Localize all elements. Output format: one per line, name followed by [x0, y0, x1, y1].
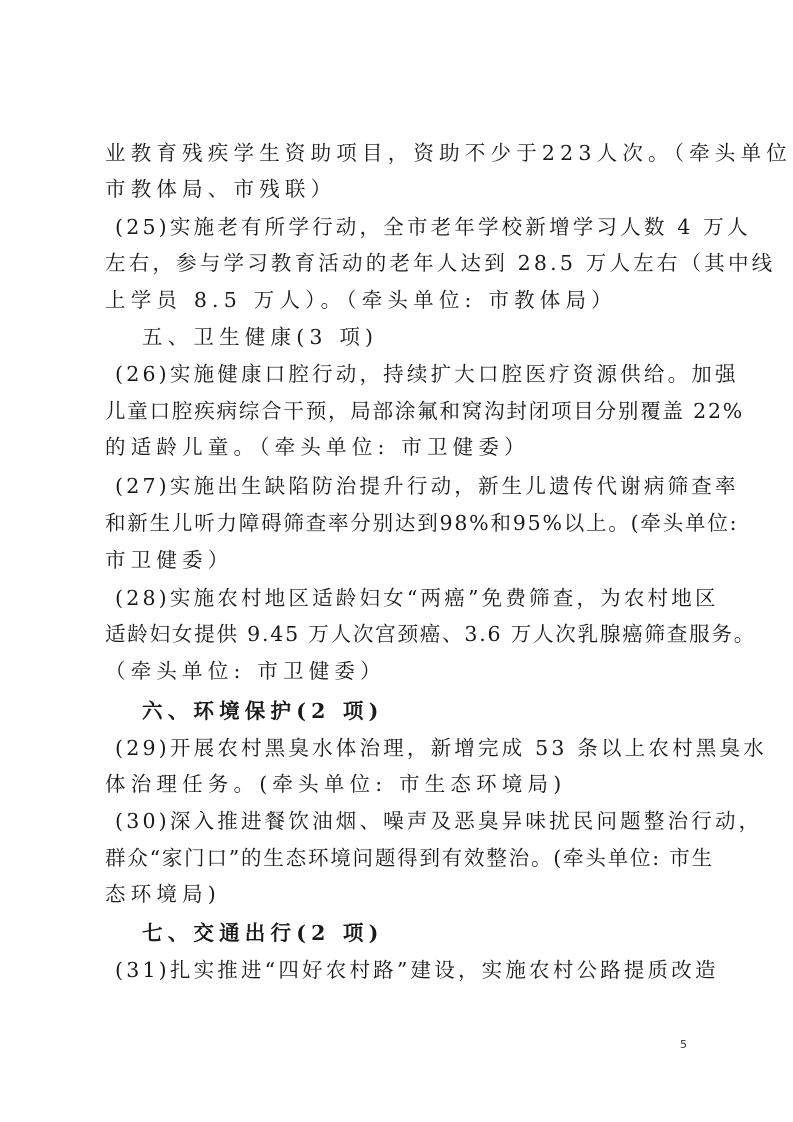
item-29-line: (29)开展农村黑臭水体治理，新增完成 53 条以上农村黑臭水	[115, 730, 715, 767]
item-28-line: (28)实施农村地区适龄妇女“两癌”免费筛查，为农村地区	[115, 580, 715, 617]
item-31-line: (31)扎实推进“四好农村路”建设，实施农村公路提质改造	[115, 952, 715, 989]
item-30-line: (30)深入推进餐饮油烟、噪声及恶臭异味扰民问题整治行动，	[115, 803, 715, 840]
text-line: 左右，参与学习教育活动的老年人达到 28.5 万人左右（其中线	[105, 245, 705, 282]
item-26-line: (26)实施健康口腔行动，持续扩大口腔医疗资源供给。加强	[115, 356, 715, 393]
text-line: 业教育残疾学生资助项目，资助不少于223人次。（牵头单位:	[105, 135, 705, 172]
document-page: 业教育残疾学生资助项目，资助不少于223人次。（牵头单位: 市教体局、市残联） …	[0, 0, 793, 1122]
text-line: 体治理任务。(牵头单位: 市生态环境局)	[105, 766, 705, 803]
page-number: 5	[680, 1038, 687, 1051]
text-line: 和新生儿听力障碍筛查率分别达到98%和95%以上。(牵头单位:	[105, 505, 705, 542]
item-25-line: (25)实施老有所学行动，全市老年学校新增学习人数 4 万人	[115, 209, 715, 246]
item-27-line: (27)实施出生缺陷防治提升行动，新生儿遗传代谢病筛查率	[115, 468, 715, 505]
text-line: 群众“家门口”的生态环境问题得到有效整治。(牵头单位: 市生	[105, 840, 705, 877]
text-line: 市教体局、市残联）	[105, 171, 705, 208]
section-heading-transport: 七、交通出行(2 项)	[142, 915, 742, 952]
section-heading-health: 五、卫生健康(3 项)	[142, 319, 742, 356]
text-line: 态环境局)	[105, 876, 705, 913]
text-line: （牵头单位: 市卫健委）	[105, 653, 705, 690]
text-line: 儿童口腔疾病综合干预，局部涂氟和窝沟封闭项目分别覆盖 22%	[105, 393, 705, 430]
text-line: 适龄妇女提供 9.45 万人次宫颈癌、3.6 万人次乳腺癌筛查服务。	[105, 616, 705, 653]
text-line: 的适龄儿童。（牵头单位: 市卫健委）	[105, 429, 705, 466]
section-heading-environment: 六、环境保护(2 项)	[142, 693, 742, 730]
text-line: 上学员 8.5 万人）。（牵头单位: 市教体局）	[105, 282, 705, 319]
text-line: 市卫健委）	[105, 542, 705, 579]
